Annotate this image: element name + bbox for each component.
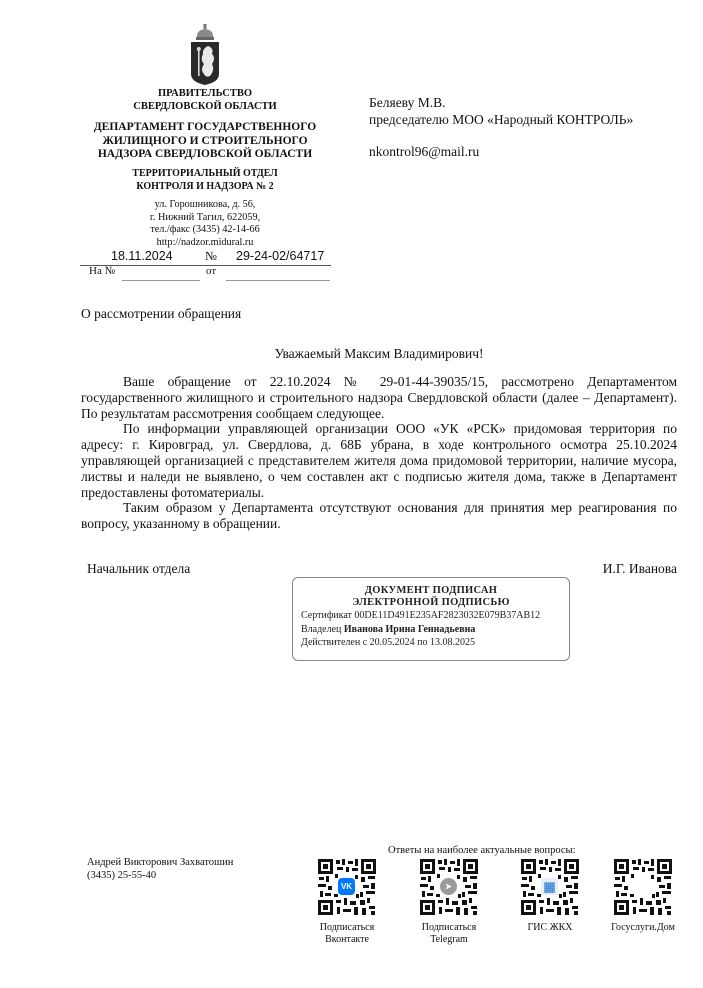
- qr-label: Вконтакте: [307, 934, 387, 946]
- qr-gosuslugi-dom[interactable]: Госуслуги.Дом: [603, 858, 683, 934]
- address-street: ул. Горошникова, д. 56,: [80, 199, 330, 212]
- government-line: ПРАВИТЕЛЬСТВО: [80, 88, 330, 101]
- coat-of-arms-icon: [188, 24, 222, 86]
- department-line: ЖИЛИЩНОГО И СТРОИТЕЛЬНОГО: [80, 135, 330, 149]
- ref-number-label: На №: [89, 265, 115, 277]
- qr-telegram[interactable]: ➤ Подписаться Telegram: [409, 858, 489, 946]
- signer-title: Начальник отдела: [87, 561, 190, 577]
- recipient-name: Беляеву М.В.: [369, 95, 633, 112]
- sender-address: ул. Горошникова, д. 56, г. Нижний Тагил,…: [80, 199, 330, 249]
- address-city: г. Нижний Тагил, 622059,: [80, 212, 330, 225]
- government-title: ПРАВИТЕЛЬСТВО СВЕРДЛОВСКОЙ ОБЛАСТИ: [80, 88, 330, 113]
- qr-vk[interactable]: VK Подписаться Вконтакте: [307, 858, 387, 946]
- qr-label: Подписаться: [409, 922, 489, 934]
- body-paragraph: По информации управляющей организации ОО…: [81, 421, 677, 500]
- owner-label: Владелец: [301, 624, 341, 635]
- executor-block: Андрей Викторович Захватошин (3435) 25-5…: [87, 856, 233, 882]
- ref-number-blank: [122, 280, 200, 281]
- department-line: ДЕПАРТАМЕНТ ГОСУДАРСТВЕННОГО: [80, 121, 330, 135]
- vk-logo-icon: VK: [338, 878, 355, 895]
- qr-label: Подписаться: [307, 922, 387, 934]
- recipient-block: Беляеву М.В. председателю МОО «Народный …: [369, 95, 633, 161]
- telegram-qr-icon[interactable]: ➤: [419, 858, 479, 916]
- owner-value: Иванова Ирина Геннадьевна: [344, 624, 475, 635]
- address-phone: тел./факс (3435) 42-14-66: [80, 224, 330, 237]
- ref-date-label: от: [206, 265, 216, 277]
- government-line: СВЕРДЛОВСКОЙ ОБЛАСТИ: [80, 101, 330, 114]
- stamp-owner: Владелец Иванова Ирина Геннадьевна: [301, 623, 569, 637]
- number-sign: №: [205, 249, 217, 264]
- recipient-position: председателю МОО «Народный КОНТРОЛЬ»: [369, 112, 633, 129]
- executor-phone: (3435) 25-55-40: [87, 869, 233, 882]
- electronic-signature-stamp: ДОКУМЕНТ ПОДПИСАН ЭЛЕКТРОННОЙ ПОДПИСЬЮ С…: [292, 577, 570, 661]
- territorial-line: КОНТРОЛЯ И НАДЗОРА № 2: [80, 181, 330, 194]
- outgoing-number: 29-24-02/64717: [236, 249, 324, 263]
- qr-label: Telegram: [409, 934, 489, 946]
- qr-label: ГИС ЖКХ: [510, 922, 590, 934]
- recipient-email[interactable]: nkontrol96@mail.ru: [369, 144, 633, 161]
- vk-qr-icon[interactable]: VK: [317, 858, 377, 916]
- letter-subject: О рассмотрении обращения: [81, 306, 241, 322]
- ref-date-blank: [226, 280, 330, 281]
- body-paragraph: Таким образом у Департамента отсутствуют…: [81, 500, 677, 532]
- gosuslugi-dom-qr-icon[interactable]: [613, 858, 673, 916]
- signer-name: И.Г. Иванова: [603, 561, 677, 577]
- gis-zhkh-qr-icon[interactable]: ▦: [520, 858, 580, 916]
- outgoing-date: 18.11.2024: [111, 249, 173, 263]
- letter-greeting: Уважаемый Максим Владимирович!: [81, 346, 677, 362]
- stamp-title: ДОКУМЕНТ ПОДПИСАН ЭЛЕКТРОННОЙ ПОДПИСЬЮ: [293, 585, 569, 609]
- letter-body: Ваше обращение от 22.10.2024 № 29-01-44-…: [81, 374, 677, 532]
- executor-name: Андрей Викторович Захватошин: [87, 856, 233, 869]
- territorial-line: ТЕРРИТОРИАЛЬНЫЙ ОТДЕЛ: [80, 168, 330, 181]
- qr-label: Госуслуги.Дом: [603, 922, 683, 934]
- certificate-label: Сертификат: [301, 610, 352, 621]
- territorial-division-title: ТЕРРИТОРИАЛЬНЫЙ ОТДЕЛ КОНТРОЛЯ И НАДЗОРА…: [80, 168, 330, 193]
- qr-gis-zhkh[interactable]: ▦ ГИС ЖКХ: [510, 858, 590, 934]
- department-line: НАДЗОРА СВЕРДЛОВСКОЙ ОБЛАСТИ: [80, 148, 330, 162]
- body-paragraph: Ваше обращение от 22.10.2024 № 29-01-44-…: [81, 374, 677, 421]
- faq-label: Ответы на наиболее актуальные вопросы:: [388, 845, 576, 856]
- website-link[interactable]: http://nadzor.midural.ru: [80, 237, 330, 250]
- stamp-title-line: ДОКУМЕНТ ПОДПИСАН: [293, 585, 569, 597]
- department-title: ДЕПАРТАМЕНТ ГОСУДАРСТВЕННОГО ЖИЛИЩНОГО И…: [80, 121, 330, 162]
- stamp-validity: Действителен с 20.05.2024 по 13.08.2025: [301, 636, 569, 650]
- gis-zhkh-logo-icon: ▦: [541, 878, 558, 895]
- reference-row: На № от: [80, 265, 331, 283]
- stamp-title-line: ЭЛЕКТРОННОЙ ПОДПИСЬЮ: [293, 597, 569, 609]
- certificate-value: 00DE11D491E235AF2823032E079B37AB12: [354, 610, 540, 621]
- stamp-certificate: Сертификат 00DE11D491E235AF2823032E079B3…: [301, 609, 569, 623]
- telegram-logo-icon: ➤: [440, 878, 457, 895]
- outgoing-date-number-row: 18.11.2024 № 29-24-02/64717: [80, 249, 331, 266]
